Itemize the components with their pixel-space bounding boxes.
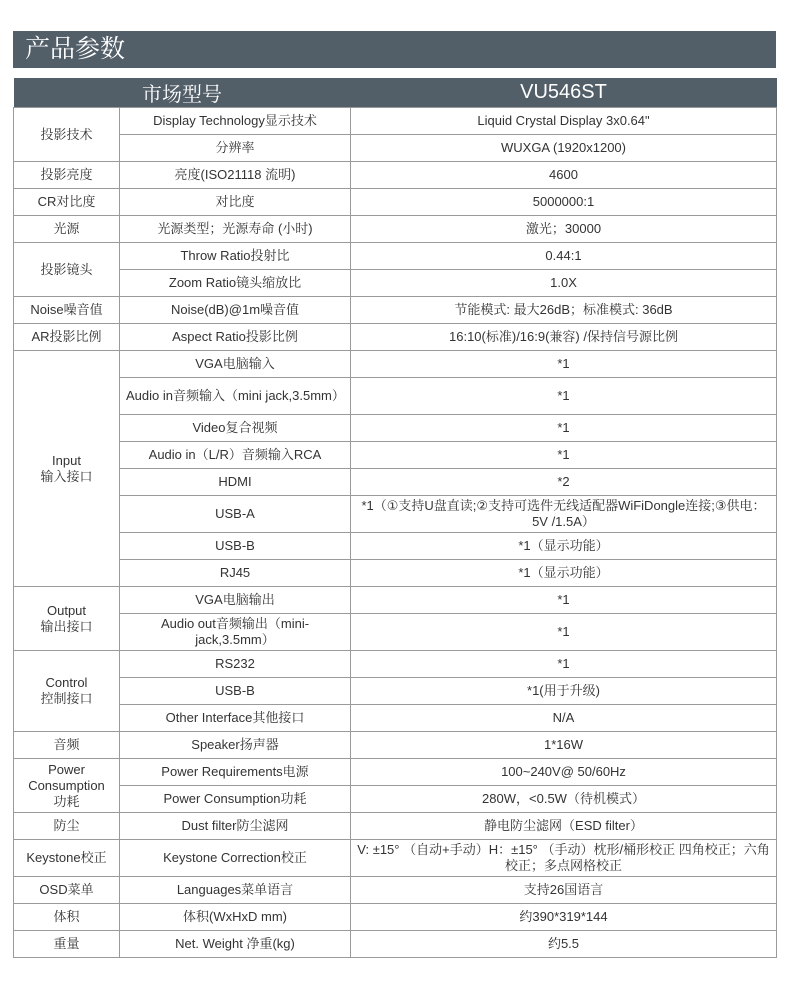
table-row: 体积体积(WxHxD mm)约390*319*144 [14, 904, 777, 931]
table-row: 投影亮度亮度(ISO21118 流明)4600 [14, 162, 777, 189]
value-cell: *1 [351, 587, 777, 614]
param-cell: Net. Weight 净重(kg) [120, 931, 351, 958]
table-row: 重量Net. Weight 净重(kg)约5.5 [14, 931, 777, 958]
value-cell: *1（①支持U盘直读;②支持可选件无线适配器WiFiDongle连接;③供电：5… [351, 496, 777, 533]
param-cell: USB-B [120, 678, 351, 705]
category-cell: Output 输出接口 [14, 587, 120, 651]
param-cell: 体积(WxHxD mm) [120, 904, 351, 931]
param-cell: Keystone Correction校正 [120, 840, 351, 877]
value-cell: 激光；30000 [351, 216, 777, 243]
param-cell: Display Technology显示技术 [120, 108, 351, 135]
table-row: Other Interface其他接口N/A [14, 705, 777, 732]
value-cell: *1（显示功能） [351, 533, 777, 560]
value-cell: 100~240V@ 50/60Hz [351, 759, 777, 786]
param-cell: Audio in（L/R）音频输入RCA [120, 442, 351, 469]
param-cell: RS232 [120, 651, 351, 678]
category-cell: Power Consumption 功耗 [14, 759, 120, 813]
category-cell: Input 输入接口 [14, 351, 120, 587]
spec-table-body: 投影技术Display Technology显示技术Liquid Crystal… [14, 108, 777, 958]
table-row: Keystone校正Keystone Correction校正V: ±15° （… [14, 840, 777, 877]
value-cell: 约390*319*144 [351, 904, 777, 931]
model-value-header: VU546ST [351, 78, 777, 108]
table-row: Video复合视频*1 [14, 415, 777, 442]
table-row: Power Consumption功耗280W，<0.5W（待机模式） [14, 786, 777, 813]
param-cell: Video复合视频 [120, 415, 351, 442]
param-cell: Speaker扬声器 [120, 732, 351, 759]
category-cell: 防尘 [14, 813, 120, 840]
category-cell: AR投影比例 [14, 324, 120, 351]
param-cell: 光源类型；光源寿命 (小时) [120, 216, 351, 243]
value-cell: *1 [351, 442, 777, 469]
value-cell: 5000000:1 [351, 189, 777, 216]
param-cell: Audio out音频输出（mini-jack,3.5mm） [120, 614, 351, 651]
value-cell: *1 [351, 614, 777, 651]
value-cell: *1 [351, 415, 777, 442]
category-cell: 重量 [14, 931, 120, 958]
table-row: Audio in（L/R）音频输入RCA*1 [14, 442, 777, 469]
value-cell: 节能模式: 最大26dB；标准模式: 36dB [351, 297, 777, 324]
value-cell: 280W，<0.5W（待机模式） [351, 786, 777, 813]
value-cell: 静电防尘滤网（ESD filter） [351, 813, 777, 840]
table-row: Power Consumption 功耗Power Requirements电源… [14, 759, 777, 786]
table-row: USB-A*1（①支持U盘直读;②支持可选件无线适配器WiFiDongle连接;… [14, 496, 777, 533]
value-cell: *1 [351, 651, 777, 678]
value-cell: WUXGA (1920x1200) [351, 135, 777, 162]
table-row: 分辨率WUXGA (1920x1200) [14, 135, 777, 162]
param-cell: VGA电脑输入 [120, 351, 351, 378]
table-row: Audio out音频输出（mini-jack,3.5mm）*1 [14, 614, 777, 651]
param-cell: USB-B [120, 533, 351, 560]
table-row: 投影技术Display Technology显示技术Liquid Crystal… [14, 108, 777, 135]
category-cell: CR对比度 [14, 189, 120, 216]
value-cell: 16:10(标准)/16:9(兼容) /保持信号源比例 [351, 324, 777, 351]
value-cell: 支持26国语言 [351, 877, 777, 904]
table-row: Output 输出接口VGA电脑输出*1 [14, 587, 777, 614]
value-cell: *1(用于升级) [351, 678, 777, 705]
table-row: 音频Speaker扬声器1*16W [14, 732, 777, 759]
category-cell: Control 控制接口 [14, 651, 120, 732]
param-cell: Noise(dB)@1m噪音值 [120, 297, 351, 324]
table-row: USB-B*1（显示功能） [14, 533, 777, 560]
table-row: AR投影比例Aspect Ratio投影比例16:10(标准)/16:9(兼容)… [14, 324, 777, 351]
category-cell: 投影亮度 [14, 162, 120, 189]
param-cell: USB-A [120, 496, 351, 533]
category-cell: 光源 [14, 216, 120, 243]
table-row: 光源光源类型；光源寿命 (小时)激光；30000 [14, 216, 777, 243]
param-cell: Dust filter防尘滤网 [120, 813, 351, 840]
param-cell: 分辨率 [120, 135, 351, 162]
category-cell: 体积 [14, 904, 120, 931]
page-title: 产品参数 [13, 31, 776, 68]
param-cell: HDMI [120, 469, 351, 496]
param-cell: VGA电脑输出 [120, 587, 351, 614]
model-label-header: 市场型号 [14, 78, 351, 108]
spec-table: 市场型号 VU546ST 投影技术Display Technology显示技术L… [13, 78, 777, 958]
table-row: Zoom Ratio镜头缩放比1.0X [14, 270, 777, 297]
category-cell: OSD菜单 [14, 877, 120, 904]
category-cell: Noise噪音值 [14, 297, 120, 324]
param-cell: Zoom Ratio镜头缩放比 [120, 270, 351, 297]
param-cell: 对比度 [120, 189, 351, 216]
category-cell: Keystone校正 [14, 840, 120, 877]
param-cell: Power Requirements电源 [120, 759, 351, 786]
table-row: USB-B*1(用于升级) [14, 678, 777, 705]
value-cell: 1.0X [351, 270, 777, 297]
value-cell: Liquid Crystal Display 3x0.64" [351, 108, 777, 135]
category-cell: 投影镜头 [14, 243, 120, 297]
category-cell: 投影技术 [14, 108, 120, 162]
value-cell: N/A [351, 705, 777, 732]
value-cell: *2 [351, 469, 777, 496]
value-cell: 1*16W [351, 732, 777, 759]
category-cell: 音频 [14, 732, 120, 759]
table-row: Audio in音频输入（mini jack,3.5mm）*1 [14, 378, 777, 415]
table-row: HDMI*2 [14, 469, 777, 496]
value-cell: *1 [351, 351, 777, 378]
param-cell: Power Consumption功耗 [120, 786, 351, 813]
param-cell: Audio in音频输入（mini jack,3.5mm） [120, 378, 351, 415]
table-row: 防尘Dust filter防尘滤网静电防尘滤网（ESD filter） [14, 813, 777, 840]
value-cell: 0.44:1 [351, 243, 777, 270]
param-cell: 亮度(ISO21118 流明) [120, 162, 351, 189]
param-cell: Languages菜单语言 [120, 877, 351, 904]
value-cell: 约5.5 [351, 931, 777, 958]
table-row: CR对比度对比度5000000:1 [14, 189, 777, 216]
table-row: Input 输入接口VGA电脑输入*1 [14, 351, 777, 378]
value-cell: 4600 [351, 162, 777, 189]
param-cell: Throw Ratio投射比 [120, 243, 351, 270]
param-cell: RJ45 [120, 560, 351, 587]
param-cell: Aspect Ratio投影比例 [120, 324, 351, 351]
param-cell: Other Interface其他接口 [120, 705, 351, 732]
table-row: 投影镜头Throw Ratio投射比0.44:1 [14, 243, 777, 270]
table-row: RJ45*1（显示功能） [14, 560, 777, 587]
table-row: OSD菜单Languages菜单语言支持26国语言 [14, 877, 777, 904]
value-cell: *1 [351, 378, 777, 415]
value-cell: V: ±15° （自动+手动）H：±15° （手动）枕形/桶形校正 四角校正；六… [351, 840, 777, 877]
table-row: Control 控制接口RS232*1 [14, 651, 777, 678]
table-header-row: 市场型号 VU546ST [14, 78, 777, 108]
table-row: Noise噪音值Noise(dB)@1m噪音值节能模式: 最大26dB；标准模式… [14, 297, 777, 324]
value-cell: *1（显示功能） [351, 560, 777, 587]
